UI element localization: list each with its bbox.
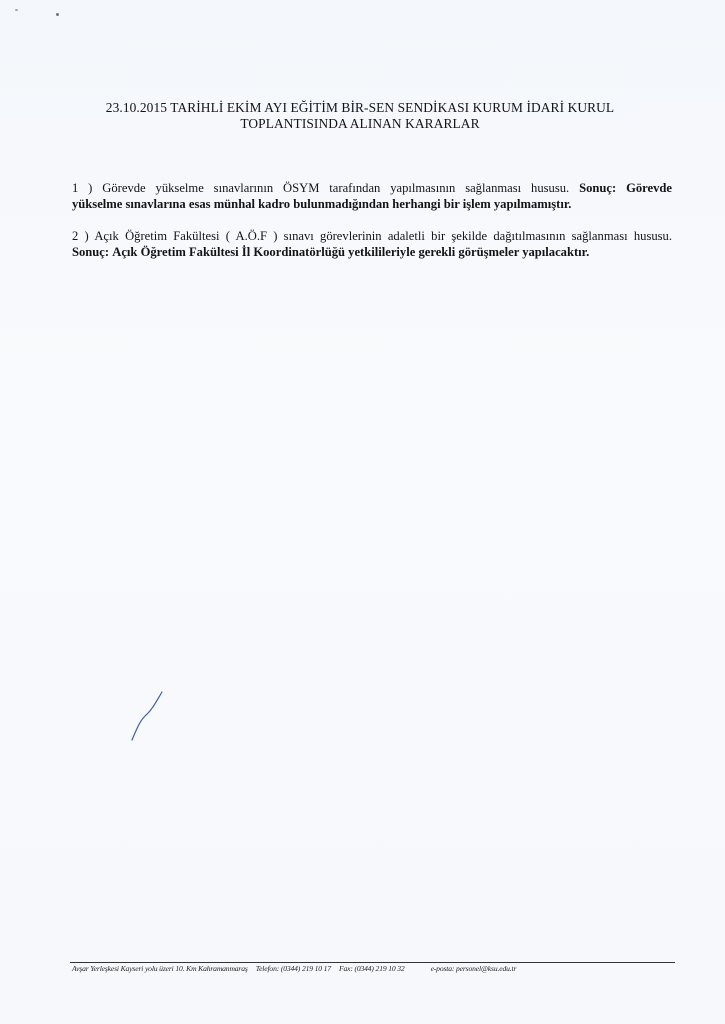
decision-item-2: 2 ) Açık Öğretim Fakültesi ( A.Ö.F ) sın… (72, 229, 672, 260)
result-label: Sonuç: (72, 245, 109, 259)
footer-email: e-posta: personel@ksu.edu.tr (431, 964, 517, 974)
footer-fax: Fax: (0344) 219 10 32 (339, 964, 405, 974)
decision-2-line-1: 2 ) Açık Öğretim Fakültesi ( A.Ö.F ) sın… (72, 229, 672, 245)
decision-1-line-2: yükselme sınavlarına esas münhal kadro b… (72, 197, 672, 213)
item-number: 1 ) (72, 181, 92, 195)
result-label: Sonuç: (579, 181, 616, 195)
item-number: 2 ) (72, 229, 89, 243)
footer-contact: Avşar Yerleşkesi Kayseri yolu üzeri 10. … (72, 964, 672, 974)
footer-phone: Telefon: (0344) 219 10 17 (256, 964, 331, 974)
title-line-2: TOPLANTISINDA ALINAN KARARLAR (90, 116, 630, 132)
result-text: Görevde (626, 181, 672, 195)
item-text: Açık Öğretim Fakültesi ( A.Ö.F ) sınavı … (94, 229, 672, 243)
document-title: 23.10.2015 TARİHLİ EKİM AYI EĞİTİM BİR-S… (90, 100, 630, 132)
result-text: Açık Öğretim Fakültesi İl Koordinatörlüğ… (112, 245, 589, 259)
result-text: yükselme sınavlarına esas münhal kadro b… (72, 197, 571, 211)
decision-2-line-2: Sonuç: Açık Öğretim Fakültesi İl Koordin… (72, 245, 672, 261)
document-page: 23.10.2015 TARİHLİ EKİM AYI EĞİTİM BİR-S… (0, 0, 725, 1024)
scan-speck (15, 9, 18, 11)
footer-divider (70, 962, 675, 963)
footer-address: Avşar Yerleşkesi Kayseri yolu üzeri 10. … (72, 964, 248, 974)
scan-speck (56, 13, 59, 16)
decision-item-1: 1 ) Görevde yükselme sınavlarının ÖSYM t… (72, 181, 672, 212)
title-line-1: 23.10.2015 TARİHLİ EKİM AYI EĞİTİM BİR-S… (90, 100, 630, 116)
item-text: Görevde yükselme sınavlarının ÖSYM taraf… (102, 181, 569, 195)
pen-stroke-mark (128, 690, 168, 745)
decision-1-line-1: 1 ) Görevde yükselme sınavlarının ÖSYM t… (72, 181, 672, 197)
